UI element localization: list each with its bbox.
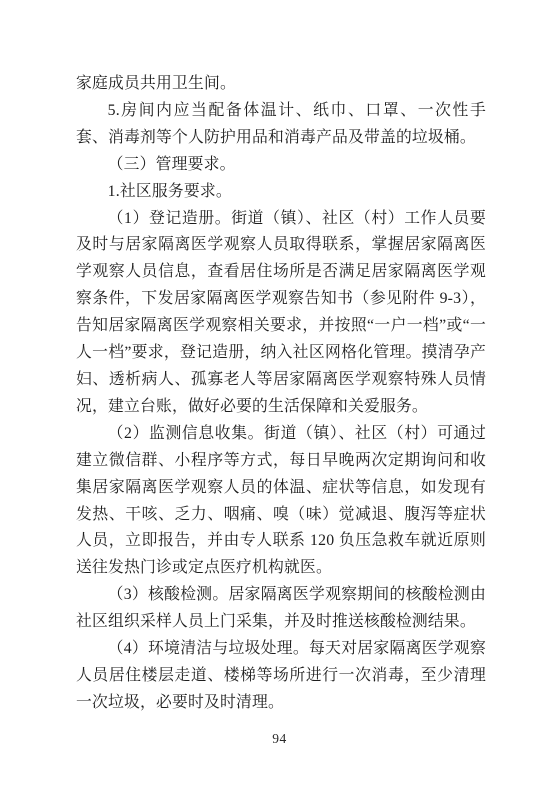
paragraph-continuation: 家庭成员共用卫生间。 [76, 71, 486, 98]
page-footer: 94 [0, 730, 559, 748]
paragraph-point-5-supplies: 5.房间内应当配备体温计、纸巾、口罩、一次性手套、消毒剂等个人防护用品和消毒产品… [76, 98, 486, 152]
paragraph-registration: （1）登记造册。街道（镇）、社区（村）工作人员要及时与居家隔离医学观察人员取得联… [76, 206, 486, 421]
heading-community-service-requirements: 1.社区服务要求。 [76, 179, 486, 206]
document-body: 家庭成员共用卫生间。 5.房间内应当配备体温计、纸巾、口罩、一次性手套、消毒剂等… [76, 71, 486, 717]
paragraph-nucleic-acid-testing: （3）核酸检测。居家隔离医学观察期间的核酸检测由社区组织采样人员上门采集，并及时… [76, 582, 486, 636]
document-page: 家庭成员共用卫生间。 5.房间内应当配备体温计、纸巾、口罩、一次性手套、消毒剂等… [0, 0, 559, 793]
paragraph-environment-cleaning: （4）环境清洁与垃圾处理。每天对居家隔离医学观察人员居住楼层走道、楼梯等场所进行… [76, 636, 486, 717]
page-number: 94 [272, 731, 287, 746]
heading-management-requirements: （三）管理要求。 [76, 152, 486, 179]
paragraph-monitoring-info-collection: （2）监测信息收集。街道（镇）、社区（村）可通过建立微信群、小程序等方式，每日早… [76, 421, 486, 582]
